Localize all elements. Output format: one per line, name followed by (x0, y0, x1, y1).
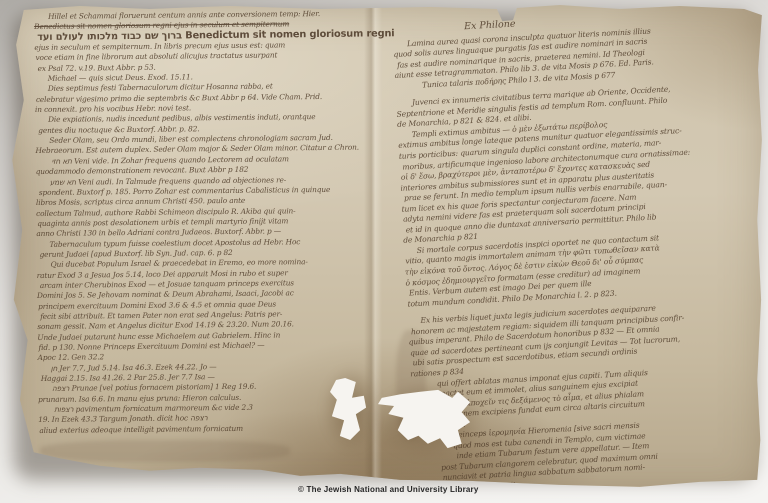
manuscript-paper: Hillel et Schammai floruerunt centum ann… (0, 0, 768, 503)
manuscript-photo: Hillel et Schammai floruerunt centum ann… (0, 0, 768, 503)
copyright-caption: © The Jewish National and University Lib… (298, 485, 479, 494)
ghost-writing-smudge (40, 440, 290, 462)
